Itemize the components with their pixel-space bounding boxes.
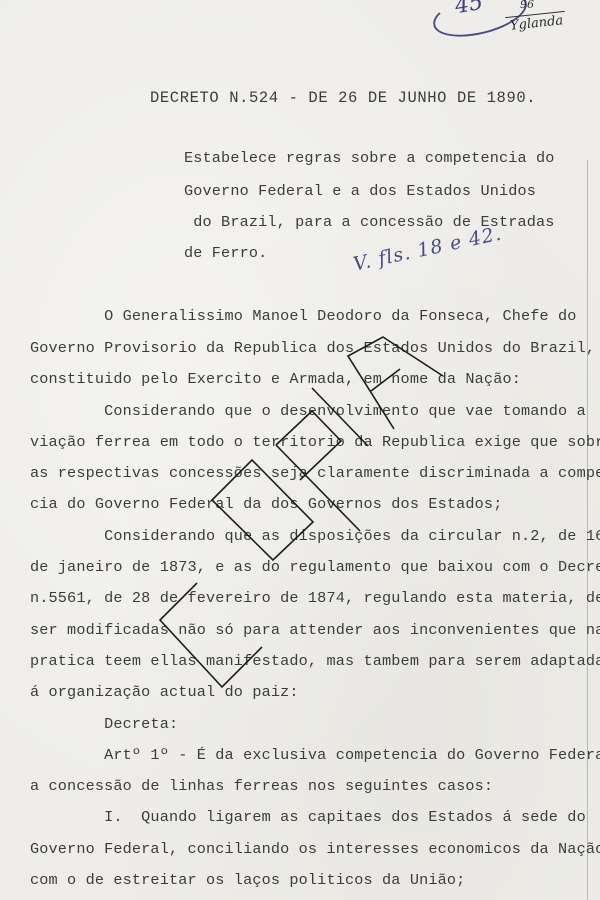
- body-line: pratica teem ellas manifestado, mas tamb…: [30, 652, 600, 670]
- summary-line: Governo Federal e a dos Estados Unidos: [184, 182, 536, 200]
- body-line: O Generalissimo Manoel Deodoro da Fonsec…: [30, 307, 577, 325]
- body-line: a concessão de linhas ferreas nos seguin…: [30, 777, 493, 795]
- body-line: constituido pelo Exercito e Armada, em n…: [30, 370, 521, 388]
- decree-title: DECRETO N.524 - DE 26 DE JUNHO DE 1890.: [150, 89, 536, 107]
- body-line: Governo Provisorio da Republica dos Esta…: [30, 339, 595, 357]
- body-line: n.5561, de 28 de fevereiro de 1874, regu…: [30, 589, 600, 607]
- body-line: I. Quando ligarem as capitaes dos Estado…: [30, 808, 586, 826]
- body-line: de janeiro de 1873, e as do regulamento …: [30, 558, 600, 576]
- body-line: Decreta:: [30, 715, 178, 733]
- body-line: as respectivas concessões seja clarament…: [30, 464, 600, 482]
- summary-line: de Ferro.: [184, 244, 267, 262]
- summary-line: Estabelece regras sobre a competencia do: [184, 149, 555, 167]
- body-line: viação ferrea em todo o territorio da Re…: [30, 433, 600, 451]
- body-line: Governo Federal, conciliando os interess…: [30, 840, 600, 858]
- body-line: Artº 1º - É da exclusiva competencia do …: [30, 746, 600, 764]
- page-subnumber: 96: [520, 0, 534, 11]
- document-page: 45 96 Yglanda V. fls. 18 e 42. DECRETO N…: [0, 0, 600, 900]
- body-line: Considerando que o desenvolvimento que v…: [30, 402, 586, 420]
- summary-line: do Brazil, para a concessão de Estradas: [184, 213, 555, 231]
- body-line: ser modificadas não só para attender aos…: [30, 621, 600, 639]
- body-line: cia do Governo Federal da dos Governos d…: [30, 495, 502, 513]
- body-line: Considerando que as disposições da circu…: [30, 527, 600, 545]
- body-line: á organização actual do paiz:: [30, 683, 299, 701]
- stamp-letter-p-stem: [276, 445, 360, 531]
- body-line: com o de estreitar os laços politicos da…: [30, 871, 465, 889]
